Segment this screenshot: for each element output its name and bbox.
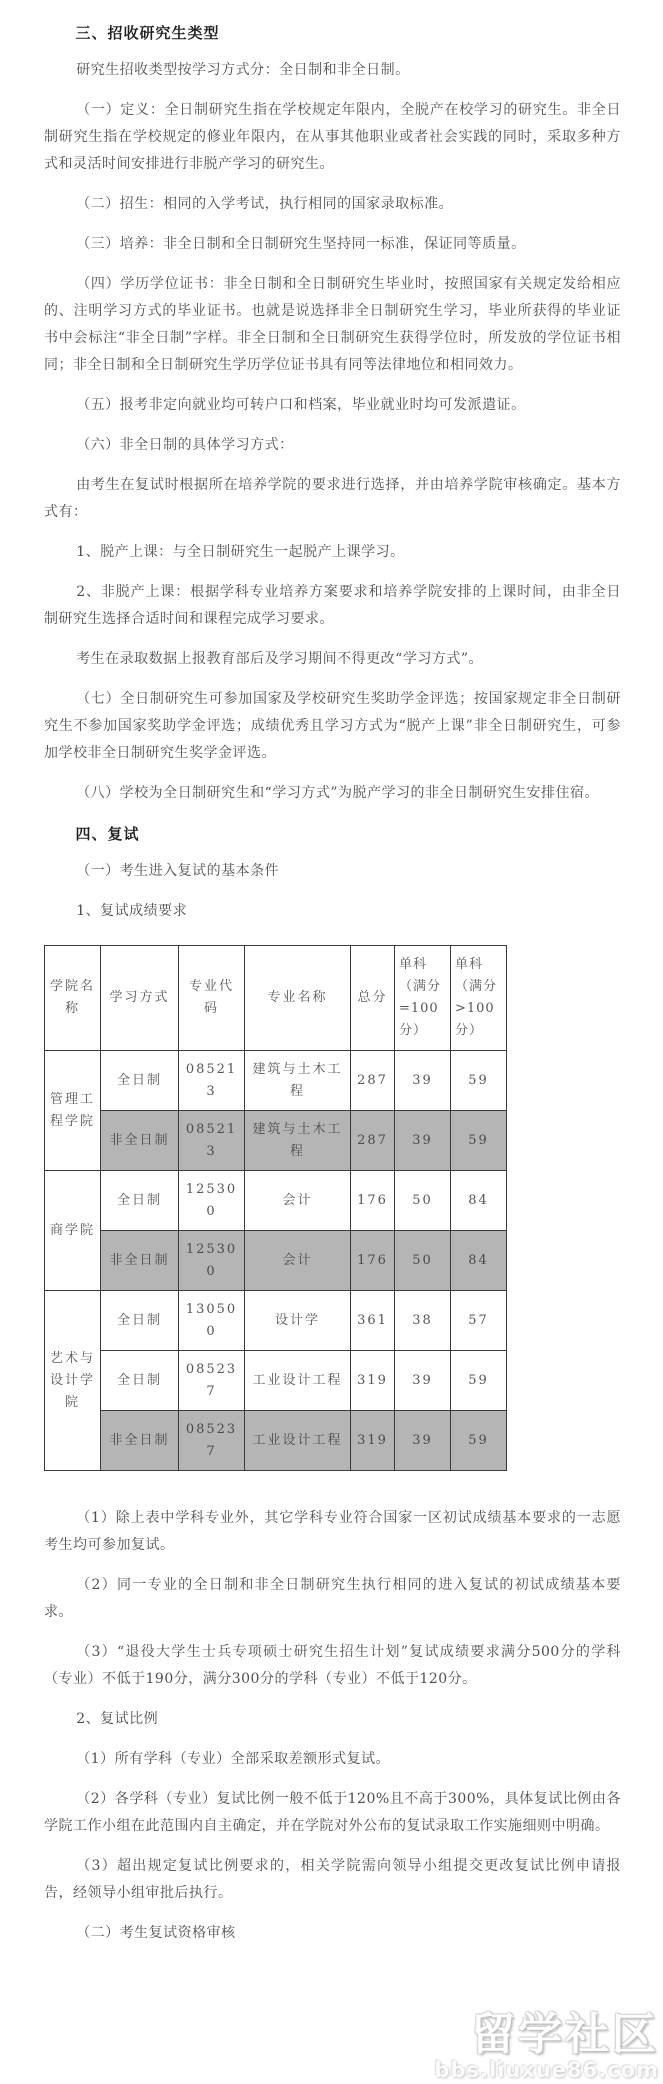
table-cell-major: 建筑与土木工程 bbox=[245, 1051, 351, 1111]
table-cell-mode: 全日制 bbox=[101, 1171, 179, 1231]
paragraph-mode-2: 2、非脱产上课：根据学科专业培养方案要求和培养学院安排的上课时间，由非全日制研究… bbox=[44, 579, 621, 633]
paragraph-mode-1: 1、脱产上课：与全日制研究生一起脱产上课学习。 bbox=[44, 539, 621, 566]
paragraph-ratio-2: （2）各学科（专业）复试比例一般不低于120%且不高于300%，具体复试比例由各… bbox=[44, 1786, 621, 1840]
table-cell-mode: 全日制 bbox=[101, 1351, 179, 1411]
table-cell-single100: 39 bbox=[395, 1111, 451, 1171]
table-cell-total: 287 bbox=[351, 1111, 395, 1171]
paragraph-intro: 研究生招收类型按学习方式分：全日制和非全日制。 bbox=[44, 57, 621, 84]
table-cell-code: 085213 bbox=[179, 1111, 245, 1171]
table-cell-mode: 非全日制 bbox=[101, 1231, 179, 1291]
table-cell-total: 176 bbox=[351, 1171, 395, 1231]
table-row: 艺术与设计学院 全日制 130500 设计学 361 38 57 bbox=[45, 1291, 507, 1351]
table-cell-college: 艺术与设计学院 bbox=[45, 1291, 101, 1471]
table-cell-college: 管理工程学院 bbox=[45, 1051, 101, 1171]
reexam-score-table: 学院名称 学习方式 专业代码 专业名称 总分 单科（满分=100分） 单科（满分… bbox=[44, 945, 507, 1471]
paragraph-scholarship: （七）全日制研究生可参加国家及学校研究生奖助学金评选；按国家规定非全日制研究生不… bbox=[44, 686, 621, 767]
table-cell-code: 085237 bbox=[179, 1351, 245, 1411]
paragraph-note-1: （1）除上表中学科专业外，其它学科专业符合国家一区初试成绩基本要求的一志愿考生均… bbox=[44, 1505, 621, 1559]
table-cell-singleover100: 59 bbox=[451, 1051, 507, 1111]
table-cell-code: 130500 bbox=[179, 1291, 245, 1351]
watermark-logo-text: 留学社区 bbox=[434, 2012, 659, 2058]
table-cell-singleover100: 57 bbox=[451, 1291, 507, 1351]
watermark-url: bbs.liuxue86.com bbox=[434, 2058, 659, 2082]
section-heading-reexam: 四、复试 bbox=[44, 823, 621, 844]
table-cell-code: 125300 bbox=[179, 1171, 245, 1231]
paragraph-no-change: 考生在录取数据上报教育部后及学习期间不得更改“学习方式”。 bbox=[44, 646, 621, 673]
paragraph-reexam-conditions: （一）考生进入复试的基本条件 bbox=[44, 858, 621, 885]
paragraph-qualification-review: （二）考生复试资格审核 bbox=[44, 1920, 621, 1947]
table-cell-code: 125300 bbox=[179, 1231, 245, 1291]
table-cell-mode: 全日制 bbox=[101, 1051, 179, 1111]
table-cell-single100: 38 bbox=[395, 1291, 451, 1351]
paragraph-registration: （五）报考非定向就业均可转户口和档案，毕业就业时均可发派遣证。 bbox=[44, 392, 621, 419]
paragraph-enrollment: （二）招生：相同的入学考试，执行相同的国家录取标准。 bbox=[44, 191, 621, 218]
header-total-score: 总分 bbox=[351, 946, 395, 1051]
table-cell-code: 085213 bbox=[179, 1051, 245, 1111]
table-cell-singleover100: 84 bbox=[451, 1231, 507, 1291]
table-cell-major: 工业设计工程 bbox=[245, 1411, 351, 1471]
paragraph-cultivation: （三）培养：非全日制和全日制研究生坚持同一标准，保证同等质量。 bbox=[44, 231, 621, 258]
table-row: 全日制 085237 工业设计工程 319 39 59 bbox=[45, 1351, 507, 1411]
paragraph-mode-selection: 由考生在复试时根据所在培养学院的要求进行选择，并由培养学院审核确定。基本方式有： bbox=[44, 472, 621, 526]
table-cell-total: 361 bbox=[351, 1291, 395, 1351]
header-college-name: 学院名称 bbox=[45, 946, 101, 1051]
table-row: 非全日制 125300 会计 176 50 84 bbox=[45, 1231, 507, 1291]
table-cell-single100: 39 bbox=[395, 1411, 451, 1471]
paragraph-ratio-1: （1）所有学科（专业）全部采取差额形式复试。 bbox=[44, 1746, 621, 1773]
table-cell-singleover100: 59 bbox=[451, 1111, 507, 1171]
table-row: 商学院 全日制 125300 会计 176 50 84 bbox=[45, 1171, 507, 1231]
table-cell-single100: 39 bbox=[395, 1051, 451, 1111]
table-cell-total: 287 bbox=[351, 1051, 395, 1111]
table-cell-single100: 50 bbox=[395, 1171, 451, 1231]
table-cell-major: 会计 bbox=[245, 1171, 351, 1231]
table-cell-college: 商学院 bbox=[45, 1171, 101, 1291]
paragraph-diploma: （四）学历学位证书：非全日制和全日制研究生毕业时，按照国家有关规定发给相应的、注… bbox=[44, 271, 621, 379]
paragraph-parttime-study-modes: （六）非全日制的具体学习方式： bbox=[44, 432, 621, 459]
header-single-subject-100: 单科（满分=100分） bbox=[395, 946, 451, 1051]
table-cell-total: 319 bbox=[351, 1411, 395, 1471]
header-single-subject-over-100: 单科（满分>100分） bbox=[451, 946, 507, 1051]
paragraph-reexam-ratio: 2、复试比例 bbox=[44, 1706, 621, 1733]
paragraph-reexam-score-req: 1、复试成绩要求 bbox=[44, 898, 621, 925]
table-cell-total: 319 bbox=[351, 1351, 395, 1411]
paragraph-ratio-3: （3）超出规定复试比例要求的，相关学院需向领导小组提交更改复试比例申请报告，经领… bbox=[44, 1853, 621, 1907]
table-cell-mode: 非全日制 bbox=[101, 1411, 179, 1471]
header-major-name: 专业名称 bbox=[245, 946, 351, 1051]
table-cell-mode: 全日制 bbox=[101, 1291, 179, 1351]
table-cell-code: 085237 bbox=[179, 1411, 245, 1471]
table-header-row: 学院名称 学习方式 专业代码 专业名称 总分 单科（满分=100分） 单科（满分… bbox=[45, 946, 507, 1051]
table-cell-major: 工业设计工程 bbox=[245, 1351, 351, 1411]
table-cell-single100: 50 bbox=[395, 1231, 451, 1291]
paragraph-note-3: （3）“退役大学生士兵专项硕士研究生招生计划”复试成绩要求满分500分的学科（专… bbox=[44, 1639, 621, 1693]
table-row: 非全日制 085213 建筑与土木工程 287 39 59 bbox=[45, 1111, 507, 1171]
header-major-code: 专业代码 bbox=[179, 946, 245, 1051]
table-cell-major: 设计学 bbox=[245, 1291, 351, 1351]
table-row: 非全日制 085237 工业设计工程 319 39 59 bbox=[45, 1411, 507, 1471]
paragraph-definition: （一）定义：全日制研究生指在学校规定年限内，全脱产在校学习的研究生。非全日制研究… bbox=[44, 97, 621, 178]
watermark: 留学社区 bbs.liuxue86.com bbox=[434, 2012, 659, 2082]
table-cell-major: 建筑与土木工程 bbox=[245, 1111, 351, 1171]
paragraph-accommodation: （八）学校为全日制研究生和“学习方式”为脱产学习的非全日制研究生安排住宿。 bbox=[44, 780, 621, 807]
section-heading-admission-types: 三、招收研究生类型 bbox=[44, 22, 621, 43]
table-cell-singleover100: 84 bbox=[451, 1171, 507, 1231]
table-cell-singleover100: 59 bbox=[451, 1351, 507, 1411]
table-cell-single100: 39 bbox=[395, 1351, 451, 1411]
header-study-mode: 学习方式 bbox=[101, 946, 179, 1051]
table-cell-total: 176 bbox=[351, 1231, 395, 1291]
paragraph-note-2: （2）同一专业的全日制和非全日制研究生执行相同的进入复试的初试成绩基本要求。 bbox=[44, 1572, 621, 1626]
document-page: 三、招收研究生类型 研究生招收类型按学习方式分：全日制和非全日制。 （一）定义：… bbox=[0, 0, 663, 2084]
table-cell-mode: 非全日制 bbox=[101, 1111, 179, 1171]
table-cell-singleover100: 59 bbox=[451, 1411, 507, 1471]
table-cell-major: 会计 bbox=[245, 1231, 351, 1291]
table-row: 管理工程学院 全日制 085213 建筑与土木工程 287 39 59 bbox=[45, 1051, 507, 1111]
